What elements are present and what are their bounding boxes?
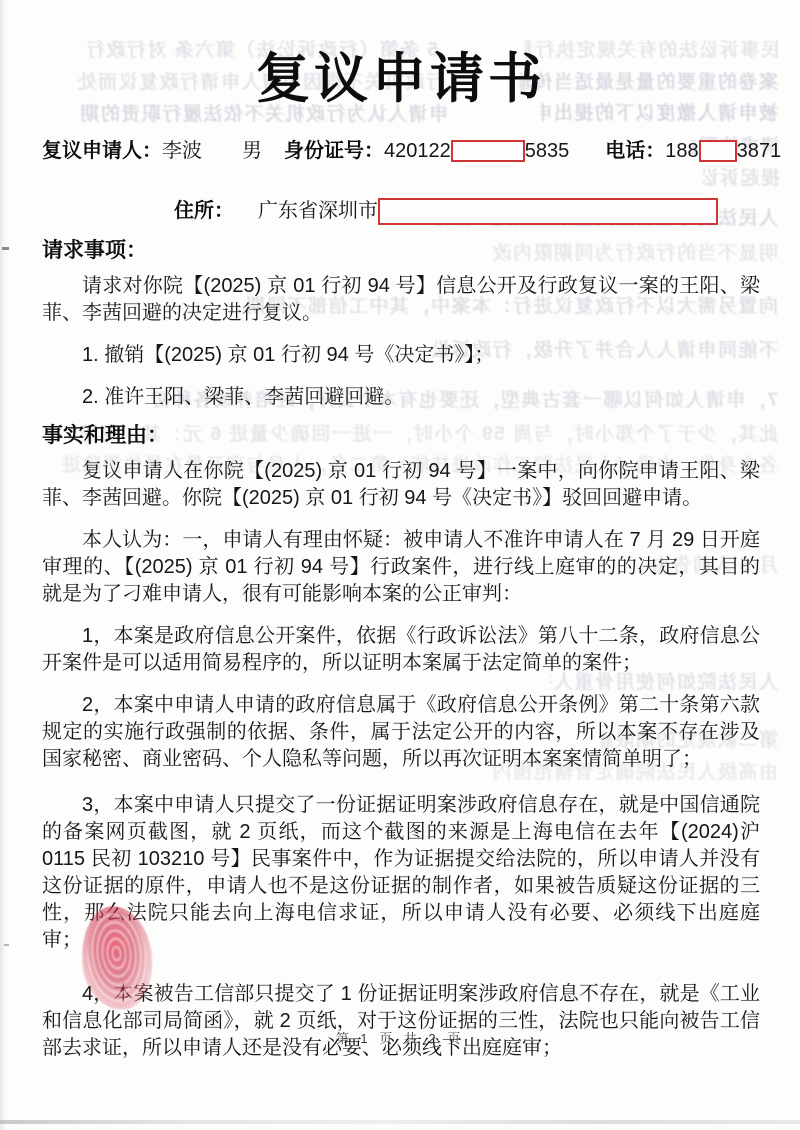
scan-speck bbox=[4, 944, 9, 946]
address-value: 广东省深圳市 bbox=[258, 200, 378, 222]
facts-paragraph: 3，本案中申请人只提交了一份证据证明案涉政府信息存在，就是中国信通院的备案网页截… bbox=[42, 792, 760, 954]
request-section-heading: 请求事项： bbox=[42, 238, 760, 264]
id-number-prefix: 420122 bbox=[384, 140, 451, 162]
scan-speck bbox=[2, 247, 9, 250]
address-label: 住所： bbox=[174, 200, 234, 222]
document-title: 复议申请书 bbox=[42, 50, 760, 108]
document-page: 5 条第（行政诉讼法）第六条 对行政行为重适合法地 民事诉讼法的有关规定执行量 … bbox=[0, 0, 800, 1130]
applicant-name: 李波 bbox=[162, 140, 202, 162]
request-item: 1. 撤销【(2025) 京 01 行初 94 号《决定书》】； bbox=[42, 342, 760, 369]
facts-paragraph: 1，本案是政府信息公开案件，依据《行政诉讼法》第八十二条，政府信息公开案件是可以… bbox=[42, 623, 760, 677]
facts-paragraph: 2，本案中申请人申请的政府信息属于《政府信息公开条例》第二十条第六款规定的实施行… bbox=[42, 692, 760, 773]
request-item: 2. 准许王阳、梁菲、李茜回避回避。 bbox=[42, 384, 760, 411]
id-number-redaction-box bbox=[451, 140, 525, 162]
id-number-suffix: 5835 bbox=[525, 140, 570, 162]
applicant-label: 复议申请人： bbox=[42, 140, 162, 162]
phone-label: 电话： bbox=[605, 140, 665, 162]
facts-paragraph: 4，本案被告工信部只提交了 1 份证据证明案涉政府信息不存在，就是《工业和信息化… bbox=[42, 981, 760, 1062]
facts-section-heading: 事实和理由： bbox=[42, 423, 760, 449]
request-intro-paragraph: 请求对你院【(2025) 京 01 行初 94 号】信息公开及行政复议一案的王阳… bbox=[42, 273, 760, 327]
id-number-label: 身份证号： bbox=[284, 140, 384, 162]
facts-paragraph: 本人认为：一，申请人有理由怀疑：被申请人不准许申请人在 7 月 29 日开庭审理… bbox=[42, 527, 760, 608]
page-number: 第 1 页 共 2 页 bbox=[0, 1028, 800, 1047]
phone-suffix: 3871 bbox=[737, 140, 782, 162]
phone-prefix: 188 bbox=[665, 140, 698, 162]
address-redaction-box bbox=[378, 198, 718, 225]
scan-left-edge-shadow bbox=[0, 0, 7, 1130]
applicant-address-line: 住所：广东省深圳市 bbox=[42, 195, 760, 228]
phone-redaction-box bbox=[699, 140, 737, 162]
facts-paragraph: 复议申请人在你院【(2025) 京 01 行初 94 号】一案中，向你院申请王阳… bbox=[42, 458, 760, 512]
scan-bottom-edge-line bbox=[0, 1120, 800, 1124]
applicant-info-line: 复议申请人：李波男身份证号：4201225835电话：1883871 bbox=[42, 135, 760, 168]
applicant-gender: 男 bbox=[242, 140, 262, 162]
